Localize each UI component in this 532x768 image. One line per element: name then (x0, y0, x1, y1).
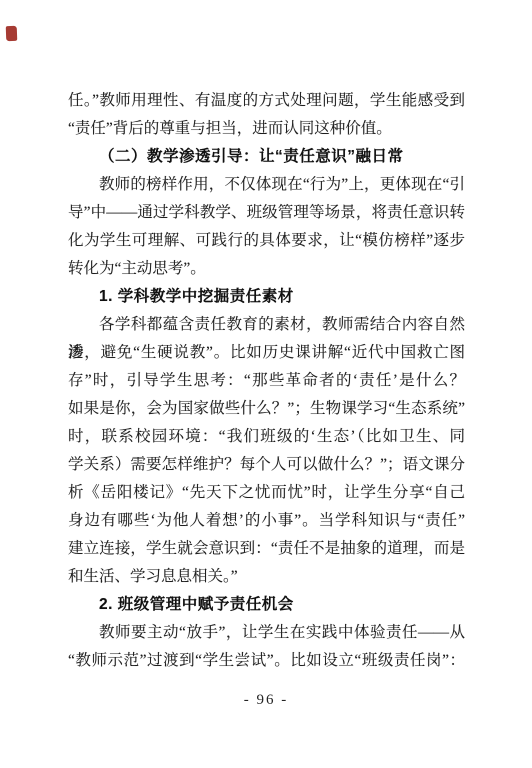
text-line: 存”时，引导学生思考：“那些革命者的‘责任’是什么？ (68, 367, 465, 395)
text-line: “责任”背后的尊重与担当，进而认同这种价值。 (68, 115, 465, 143)
text-line: 身边有哪些‘为他人着想’的小事”。当学科知识与“责任” (68, 507, 465, 535)
text-line: 时，联系校园环境：“我们班级的‘生态’（比如卫生、同 (68, 423, 465, 451)
text-line: 转化为“主动思考”。 (68, 255, 465, 283)
section-heading: （二）教学渗透引导：让“责任意识”融日常 (68, 143, 465, 171)
text-line: 任。”教师用理性、有温度的方式处理问题，学生能感受到 (68, 87, 465, 115)
document-page: 任。”教师用理性、有温度的方式处理问题，学生能感受到“责任”背后的尊重与担当，进… (0, 0, 532, 768)
text-line: 和生活、学习息息相关。” (68, 563, 465, 591)
text-line: 建立连接，学生就会意识到：“责任不是抽象的道理，而是 (68, 535, 465, 563)
text-line: 各学科都蕴含责任教育的素材，教师需结合内容自然渗 (68, 311, 465, 339)
section-heading: 1. 学科教学中挖掘责任素材 (68, 283, 465, 311)
text-line: 导”中——通过学科教学、班级管理等场景，将责任意识转 (68, 199, 465, 227)
red-stamp-mark (6, 26, 18, 41)
text-line: 透，避免“生硬说教”。比如历史课讲解“近代中国救亡图 (68, 339, 465, 367)
text-block: 任。”教师用理性、有温度的方式处理问题，学生能感受到“责任”背后的尊重与担当，进… (68, 87, 465, 675)
text-line: 化为学生可理解、可践行的具体要求，让“模仿榜样”逐步 (68, 227, 465, 255)
section-heading: 2. 班级管理中赋予责任机会 (68, 591, 465, 619)
text-line: 教师要主动“放手”，让学生在实践中体验责任——从 (68, 619, 465, 647)
text-line: 教师的榜样作用，不仅体现在“行为”上，更体现在“引 (68, 171, 465, 199)
text-line: 析《岳阳楼记》“先天下之忧而忧”时，让学生分享“自己 (68, 479, 465, 507)
text-line: “教师示范”过渡到“学生尝试”。比如设立“班级责任岗”： (68, 647, 465, 675)
text-line: 学关系）需要怎样维护？每个人可以做什么？”；语文课分 (68, 451, 465, 479)
text-line: 如果是你，会为国家做些什么？”；生物课学习“生态系统” (68, 395, 465, 423)
page-number: - 96 - (0, 692, 532, 709)
